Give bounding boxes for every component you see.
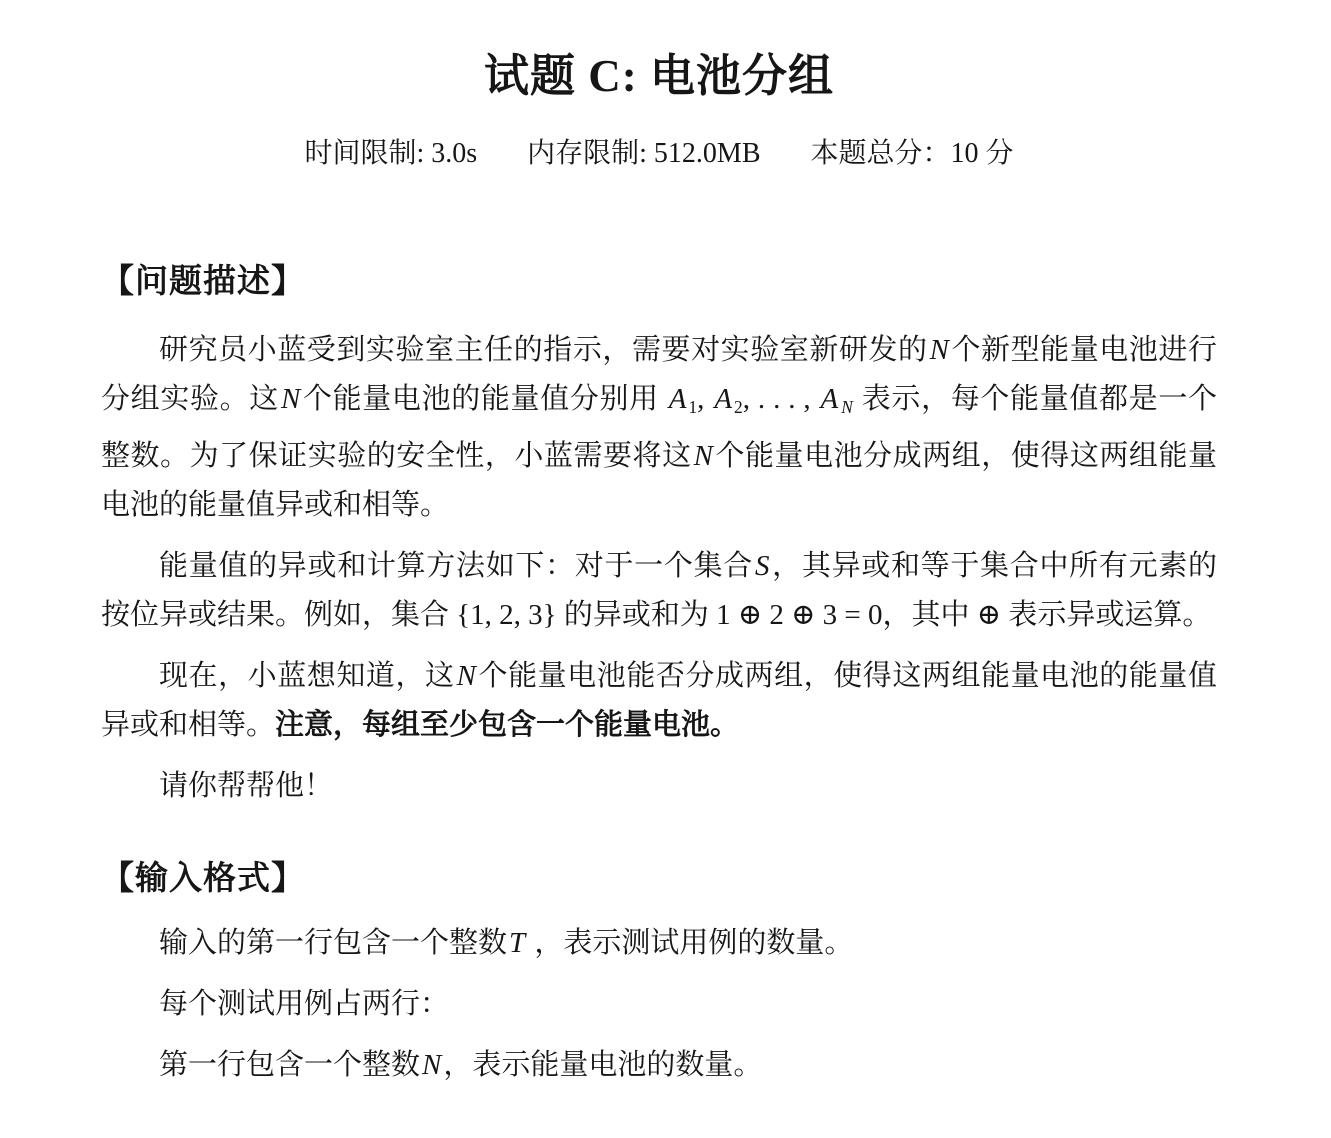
limits-line: 时间限制: 3.0s 内存限制: 512.0MB 本题总分：10 分 [101,136,1217,172]
text-segment: 个能量电池的能量值分别用 [302,383,666,415]
text-segment: ，表示测试用例的数量。 [527,927,853,959]
text-segment-math-sub: N [840,397,854,417]
text-segment-math: N [455,660,478,692]
section-heading-input-format: 【输入格式】 [101,857,1217,899]
paragraph: 第一行包含一个整数N，表示能量电池的数量。 [101,1041,1217,1090]
section-heading-problem-description: 【问题描述】 [101,260,1217,302]
text-segment: 现在，小蓝想知道，这 [159,660,455,692]
paragraph: 请你帮帮他！ [101,762,1217,811]
text-segment-sub: 2 [734,397,743,417]
text-segment: 输入的第一行包含一个整数 [159,927,507,959]
text-segment-math: A [712,383,734,415]
text-segment: 每个测试用例占两行： [159,988,449,1020]
time-limit: 时间限制: 3.0s [304,136,477,172]
text-segment: 能量值的异或和计算方法如下：对于一个集合 [159,550,753,582]
memory-limit: 内存限制: 512.0MB [527,136,760,172]
text-segment-bold: 注意，每组至少包含一个能量电池。 [275,709,739,741]
text-segment-math: N [420,1049,443,1081]
text-segment-math: N [928,334,951,366]
text-segment: 第一行包含一个整数 [159,1049,420,1081]
input-format-body: 输入的第一行包含一个整数T ，表示测试用例的数量。 每个测试用例占两行： 第一行… [101,919,1217,1090]
text-segment: 请你帮帮他！ [159,770,333,802]
text-segment: ，表示能量电池的数量。 [443,1049,762,1081]
paragraph: 现在，小蓝想知道，这N个能量电池能否分成两组，使得这两组能量电池的能量值异或和相… [101,652,1217,750]
text-segment-math: N [279,383,302,415]
problem-title: 试题 C: 电池分组 [101,48,1217,104]
text-segment-math: A [667,383,689,415]
paragraph: 输入的第一行包含一个整数T ，表示测试用例的数量。 [101,919,1217,968]
problem-description-body: 研究员小蓝受到实验室主任的指示，需要对实验室新研发的N个新型能量电池进行分组实验… [101,326,1217,811]
text-segment: 研究员小蓝受到实验室主任的指示，需要对实验室新研发的 [159,334,928,366]
text-segment: , . . . , [743,383,819,415]
text-segment-sub: 1 [688,397,697,417]
paragraph: 每个测试用例占两行： [101,980,1217,1029]
total-score: 本题总分：10 分 [811,136,1014,172]
text-segment-math: N [692,440,715,472]
text-segment: , [697,383,712,415]
problem-statement-page: 试题 C: 电池分组 时间限制: 3.0s 内存限制: 512.0MB 本题总分… [0,0,1331,1138]
paragraph: 研究员小蓝受到实验室主任的指示，需要对实验室新研发的N个新型能量电池进行分组实验… [101,326,1217,530]
text-segment-math: S [753,550,772,582]
paragraph: 能量值的异或和计算方法如下：对于一个集合S，其异或和等于集合中所有元素的按位异或… [101,542,1217,640]
text-segment-math: T [507,927,527,959]
text-segment-math: A [819,383,841,415]
